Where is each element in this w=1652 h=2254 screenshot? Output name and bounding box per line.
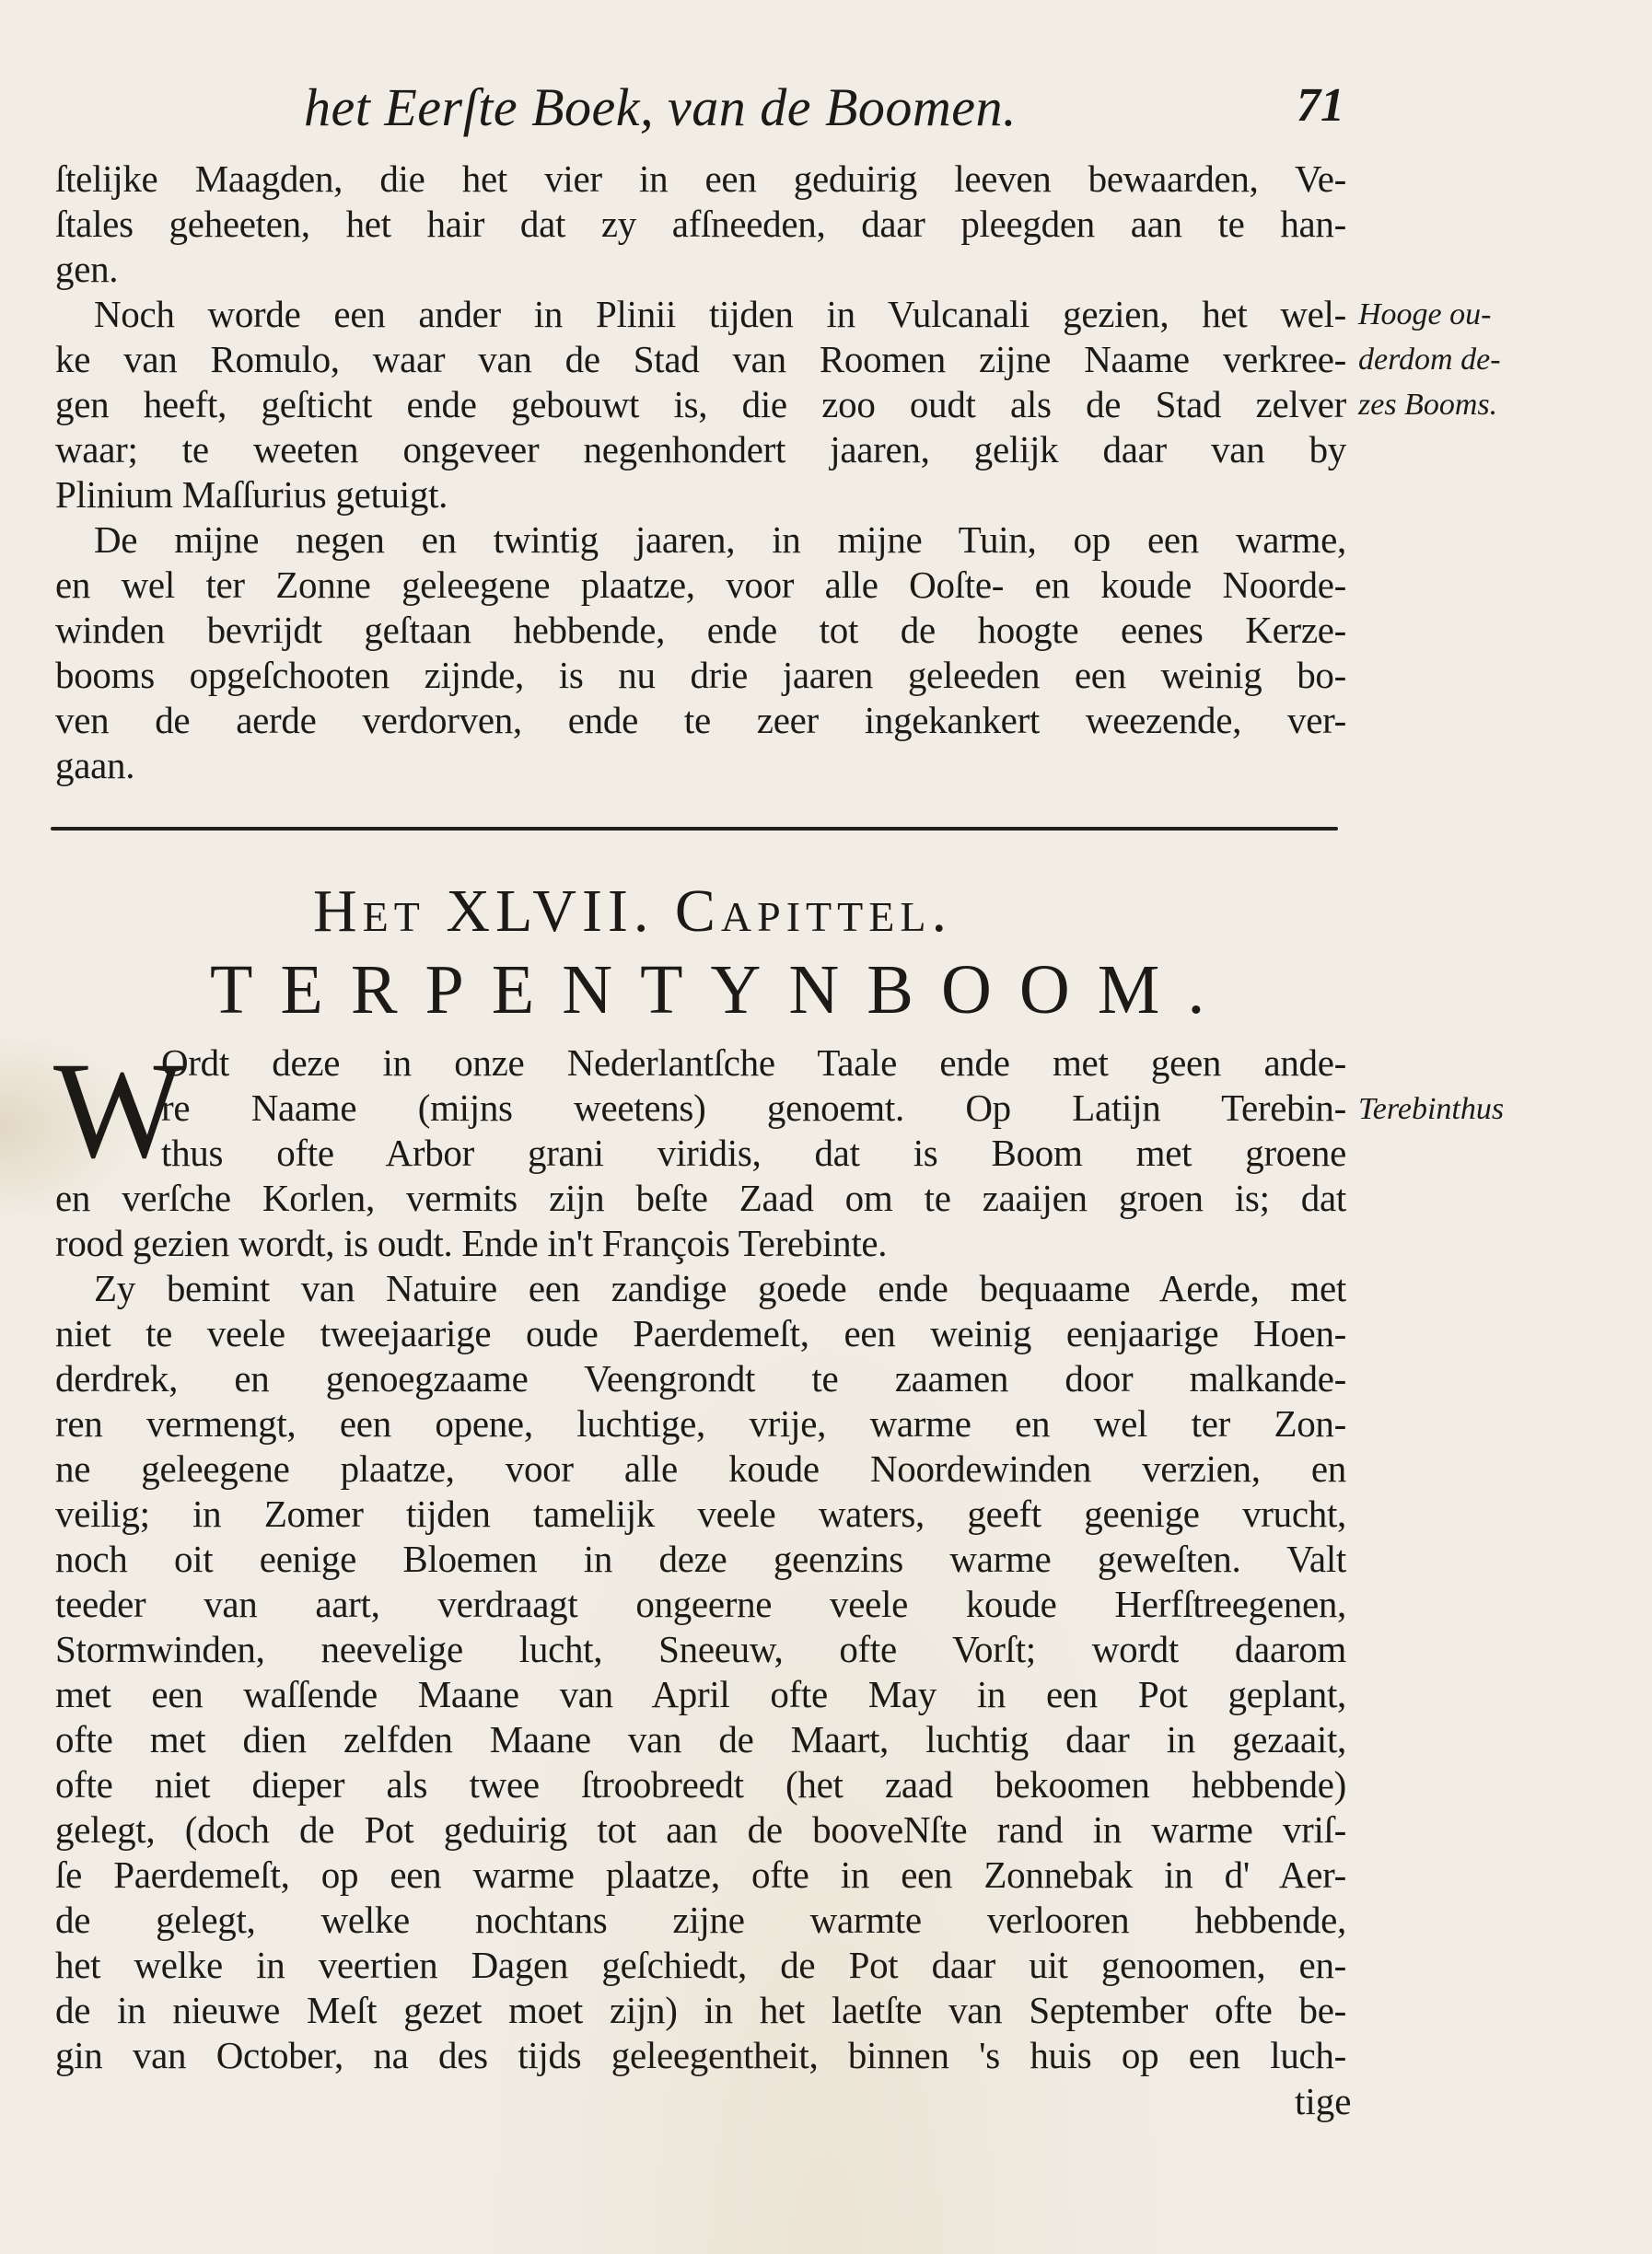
text-line: veilig; in Zomer tijden tamelijk veele w…	[55, 1492, 1346, 1537]
text-line: derdrek, en genoegzaame Veengrondt te za…	[55, 1356, 1346, 1401]
text-line: winden bevrijdt geſtaan hebbende, ende t…	[55, 608, 1346, 653]
chapter-opening-lines: Ordt deze in onze Nederlantſche Taale en…	[161, 1040, 1346, 1176]
margin-note-terebinthus: Terebinthus	[1358, 1086, 1570, 1132]
margin-note-line: Hooge ou-	[1358, 292, 1570, 337]
chapter-heading: Het XLVII. Capittel.	[313, 875, 1142, 948]
text-line: gen.	[55, 247, 1346, 292]
text-line: ven de aerde verdorven, ende te zeer ing…	[55, 698, 1346, 743]
previous-chapter-text: ſtelijke Maagden, die het vier in een ge…	[55, 157, 1346, 788]
text-line: Plinium Maſſurius getuigt.	[55, 472, 1346, 517]
text-line: Zy bemint van Natuire een zandige goede …	[55, 1266, 1346, 1311]
text-line: gaan.	[55, 743, 1346, 788]
text-line: ſtelijke Maagden, die het vier in een ge…	[55, 157, 1346, 202]
text-line: Ordt deze in onze Nederlantſche Taale en…	[161, 1040, 1346, 1086]
text-line: ſtales geheeten, het hair dat zy afſneed…	[55, 202, 1346, 247]
text-line: waar; te weeten ongeveer negenhondert ja…	[55, 427, 1346, 472]
text-line: ſe Paerdemeſt, op een warme plaatze, oft…	[55, 1853, 1346, 1898]
text-line: re Naame (mijns weetens) genoemt. Op Lat…	[161, 1086, 1346, 1131]
margin-note-age: Hooge ou- derdom de- zes Booms.	[1358, 292, 1570, 427]
text-line: de gelegt, welke nochtans zijne warmte v…	[55, 1898, 1346, 1943]
chapter-body-text: en verſche Korlen, vermits zijn beſte Za…	[55, 1176, 1346, 2078]
text-line: niet te veele tweejaarige oude Paerdemeſ…	[55, 1311, 1346, 1356]
section-divider-rule	[51, 827, 1338, 831]
text-line: gen heeft, geſticht ende gebouwt is, die…	[55, 382, 1346, 427]
text-line: ne geleegene plaatze, voor alle koude No…	[55, 1447, 1346, 1492]
text-line: noch oit eenige Bloemen in deze geenzins…	[55, 1537, 1346, 1582]
page-number: 71	[1297, 74, 1344, 138]
text-line: met een waſſende Maane van April ofte Ma…	[55, 1672, 1346, 1717]
text-line: gelegt, (doch de Pot geduirig tot aan de…	[55, 1807, 1346, 1853]
running-head: het Eerſte Boek, van de Boomen.	[304, 76, 1096, 140]
text-line: teeder van aart, verdraagt ongeerne veel…	[55, 1582, 1346, 1627]
text-line: thus ofte Arbor grani viridis, dat is Bo…	[161, 1131, 1346, 1176]
text-line: het welke in veertien Dagen geſchiedt, d…	[55, 1943, 1346, 1988]
text-line: gin van October, na des tijds geleegenth…	[55, 2033, 1346, 2078]
text-line: en wel ter Zonne geleegene plaatze, voor…	[55, 563, 1346, 608]
margin-note-line: zes Booms.	[1358, 382, 1570, 427]
catchword: tige	[1295, 2079, 1351, 2124]
text-line: ofte niet dieper als twee ſtroobreedt (h…	[55, 1762, 1346, 1807]
text-line: booms opgeſchooten zijnde, is nu drie ja…	[55, 653, 1346, 698]
text-line: ke van Romulo, waar van de Stad van Room…	[55, 337, 1346, 382]
margin-note-line: derdom de-	[1358, 337, 1570, 382]
book-page: het Eerſte Boek, van de Boomen. 71 ſteli…	[0, 0, 1652, 2254]
chapter-title: TERPENTYNBOOM.	[210, 948, 1223, 1031]
text-line: ren vermengt, een opene, luchtige, vrije…	[55, 1401, 1346, 1447]
text-line: rood gezien wordt, is oudt. Ende in't Fr…	[55, 1221, 1346, 1266]
text-line: de in nieuwe Meſt gezet moet zijn) in he…	[55, 1988, 1346, 2033]
text-line: en verſche Korlen, vermits zijn beſte Za…	[55, 1176, 1346, 1221]
text-line: ofte met dien zelfden Maane van de Maart…	[55, 1717, 1346, 1762]
text-line: Noch worde een ander in Plinii tijden in…	[55, 292, 1346, 337]
text-line: Stormwinden, neevelige lucht, Sneeuw, of…	[55, 1627, 1346, 1672]
text-line: De mijne negen en twintig jaaren, in mij…	[55, 517, 1346, 563]
